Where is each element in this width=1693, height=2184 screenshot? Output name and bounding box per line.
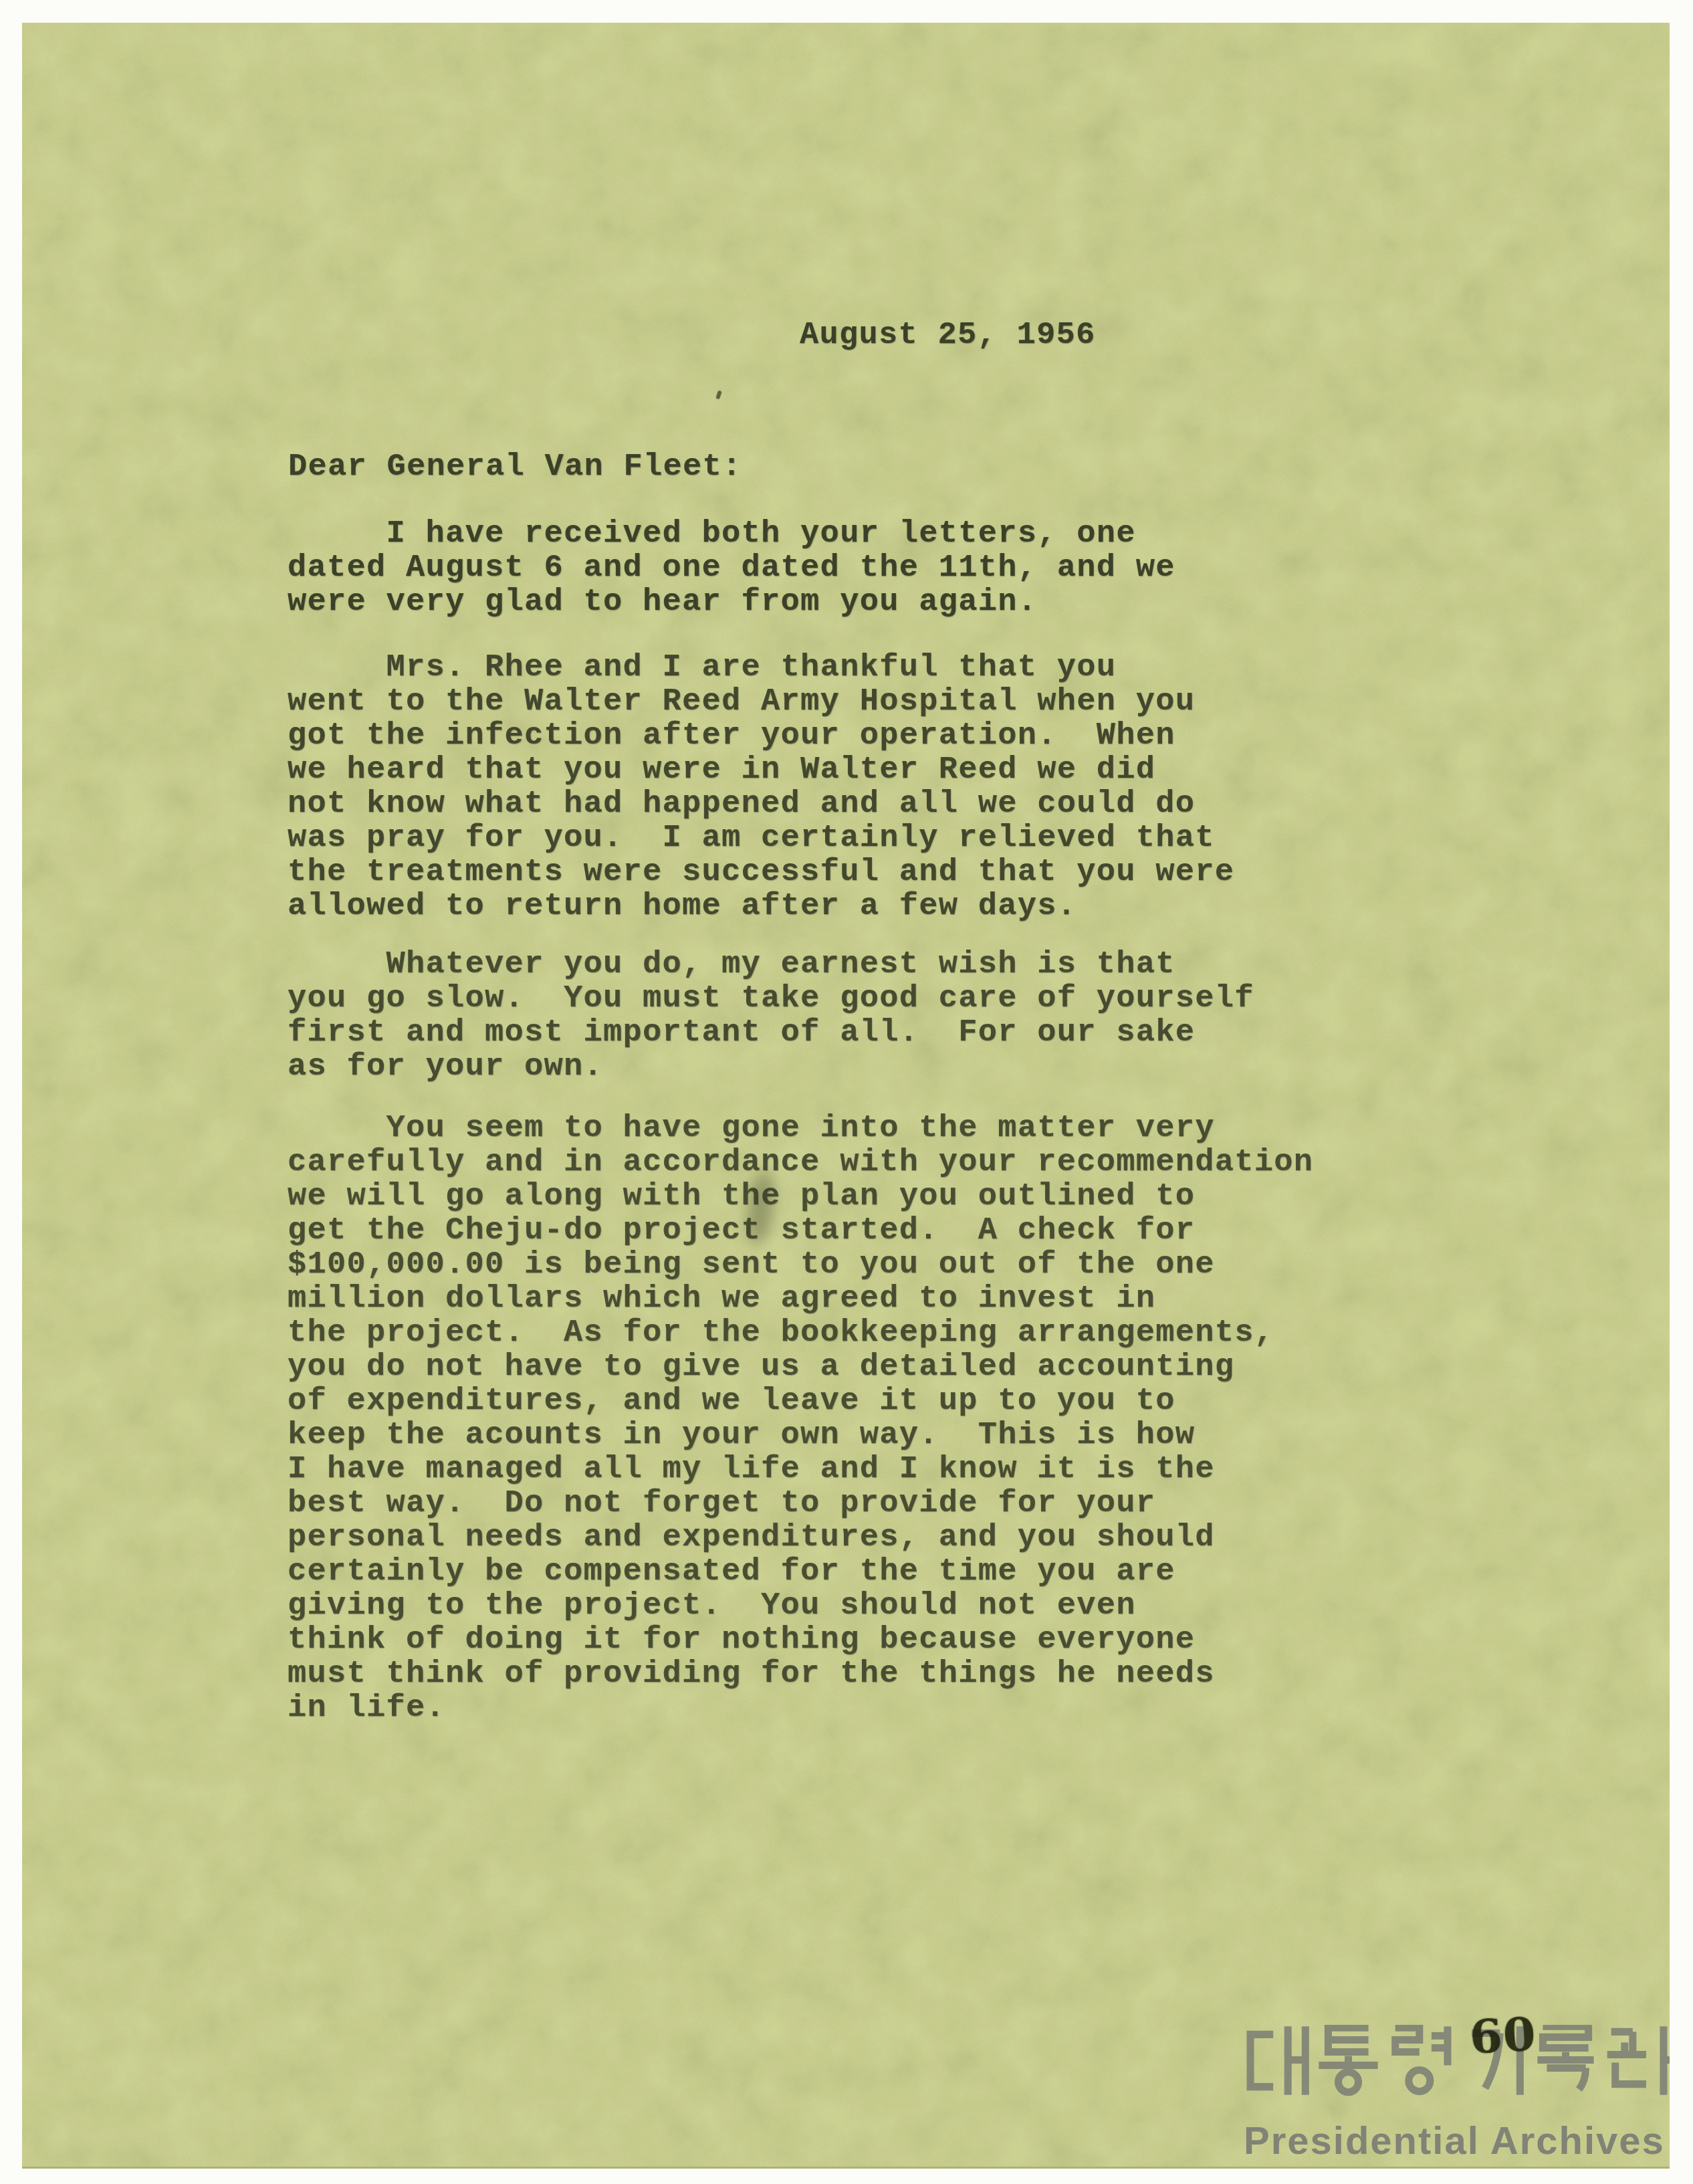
korean-watermark: 대통령기록관: [1244, 2025, 1670, 2097]
hangul-glyph-tong: [1319, 2028, 1377, 2092]
letter-paragraph-4: You seem to have gone into the matter ve…: [288, 1111, 1313, 1725]
letter-paragraph-3: Whatever you do, my earnest wish is that…: [288, 948, 1254, 1084]
hangul-glyph-rok: [1537, 2026, 1593, 2089]
letter-salutation: Dear General Van Fleet:: [288, 450, 742, 484]
letter-paragraph-1: I have received both your letters, one d…: [288, 517, 1175, 619]
letter-date: August 25, 1956: [800, 318, 1096, 352]
page-number-stamp: 60: [1468, 2005, 1538, 2064]
hangul-glyph-gwan: [1607, 2026, 1670, 2094]
korean-watermark-glyphs: [1244, 2025, 1670, 2096]
letter-paragraph-2: Mrs. Rhee and I are thankful that you we…: [288, 651, 1234, 923]
presidential-archives-watermark: Presidential Archives: [1244, 2118, 1665, 2163]
hangul-glyph-ryeong: [1395, 2026, 1448, 2091]
hangul-glyph-dae: [1250, 2026, 1305, 2094]
letter-paper: August 25, 1956 Dear General Van Fleet: …: [22, 23, 1670, 2169]
